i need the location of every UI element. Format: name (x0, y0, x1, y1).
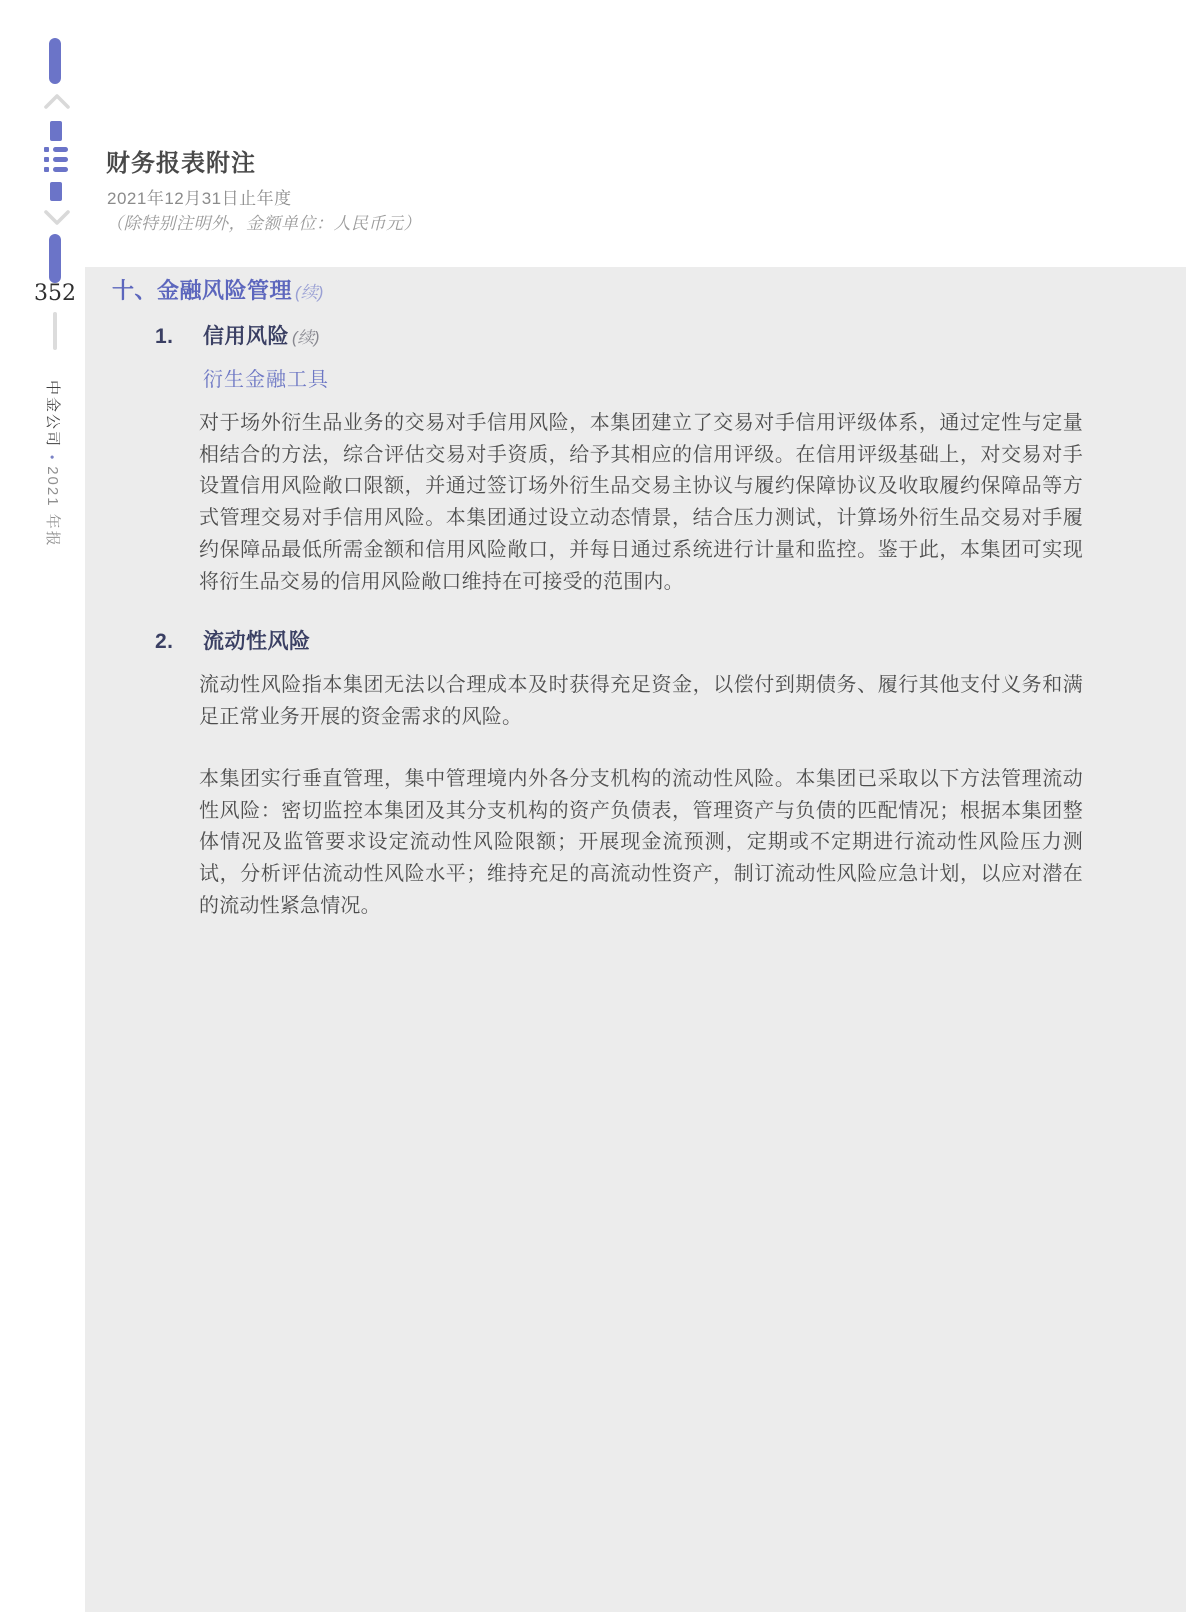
section-continued-label: (续) (295, 278, 323, 303)
subsection-number: 1. (155, 325, 203, 349)
subsection-title: 流动性风险 (203, 625, 311, 655)
subsection-heading-credit-risk: 1.信用风险(续) (155, 320, 320, 350)
section-number: 十、 (112, 274, 157, 305)
brand-company: 中金公司 (44, 380, 61, 448)
document-period: 2021年12月31日止年度 (107, 184, 292, 209)
subsection-number: 2. (155, 630, 203, 654)
paragraph-credit-risk: 对于场外衍生品业务的交易对手信用风险，本集团建立了交易对手信用评级体系，通过定性… (199, 408, 1083, 598)
document-title: 财务报表附注 (106, 143, 256, 178)
paragraph-liquidity-risk-definition: 流动性风险指本集团无法以合理成本及时获得充足资金，以偿付到期债务、履行其他支付义… (199, 670, 1083, 733)
report-page: 352 中金公司•2021 年报 财务报表附注 2021年12月31日止年度 （… (0, 0, 1190, 1615)
page-number: 352 (28, 281, 82, 306)
brand-bullet-icon: • (45, 455, 59, 459)
paragraph-liquidity-risk-management: 本集团实行垂直管理，集中管理境内外各分支机构的流动性风险。本集团已采取以下方法管… (199, 764, 1083, 923)
menu-list-icon (44, 147, 68, 177)
vertical-brand-text: 中金公司•2021 年报 (44, 380, 64, 555)
subsection-heading-liquidity-risk: 2.流动性风险 (155, 625, 311, 655)
sidebar-marker-block (50, 182, 62, 201)
section-heading: 十、金融风险管理(续) (112, 274, 323, 305)
brand-edition: 2021 年报 (44, 466, 61, 548)
sidebar-divider-line (53, 312, 57, 350)
subheading-derivative-instruments: 衍生金融工具 (203, 363, 329, 392)
subsection-continued-label: (续) (292, 324, 320, 348)
sidebar-accent-bar-top (49, 38, 61, 84)
subsection-title: 信用风险 (203, 320, 289, 350)
sidebar-accent-bar-mid (49, 234, 61, 283)
section-title: 金融风险管理 (157, 274, 292, 305)
sidebar-marker-block (50, 121, 62, 141)
chevron-up-icon (43, 90, 71, 117)
chevron-down-icon (43, 206, 71, 233)
content-panel: 十、金融风险管理(续) 1.信用风险(续) 衍生金融工具 对于场外衍生品业务的交… (85, 267, 1186, 1612)
document-unit-note: （除特别注明外，金额单位：人民币元） (106, 209, 421, 234)
